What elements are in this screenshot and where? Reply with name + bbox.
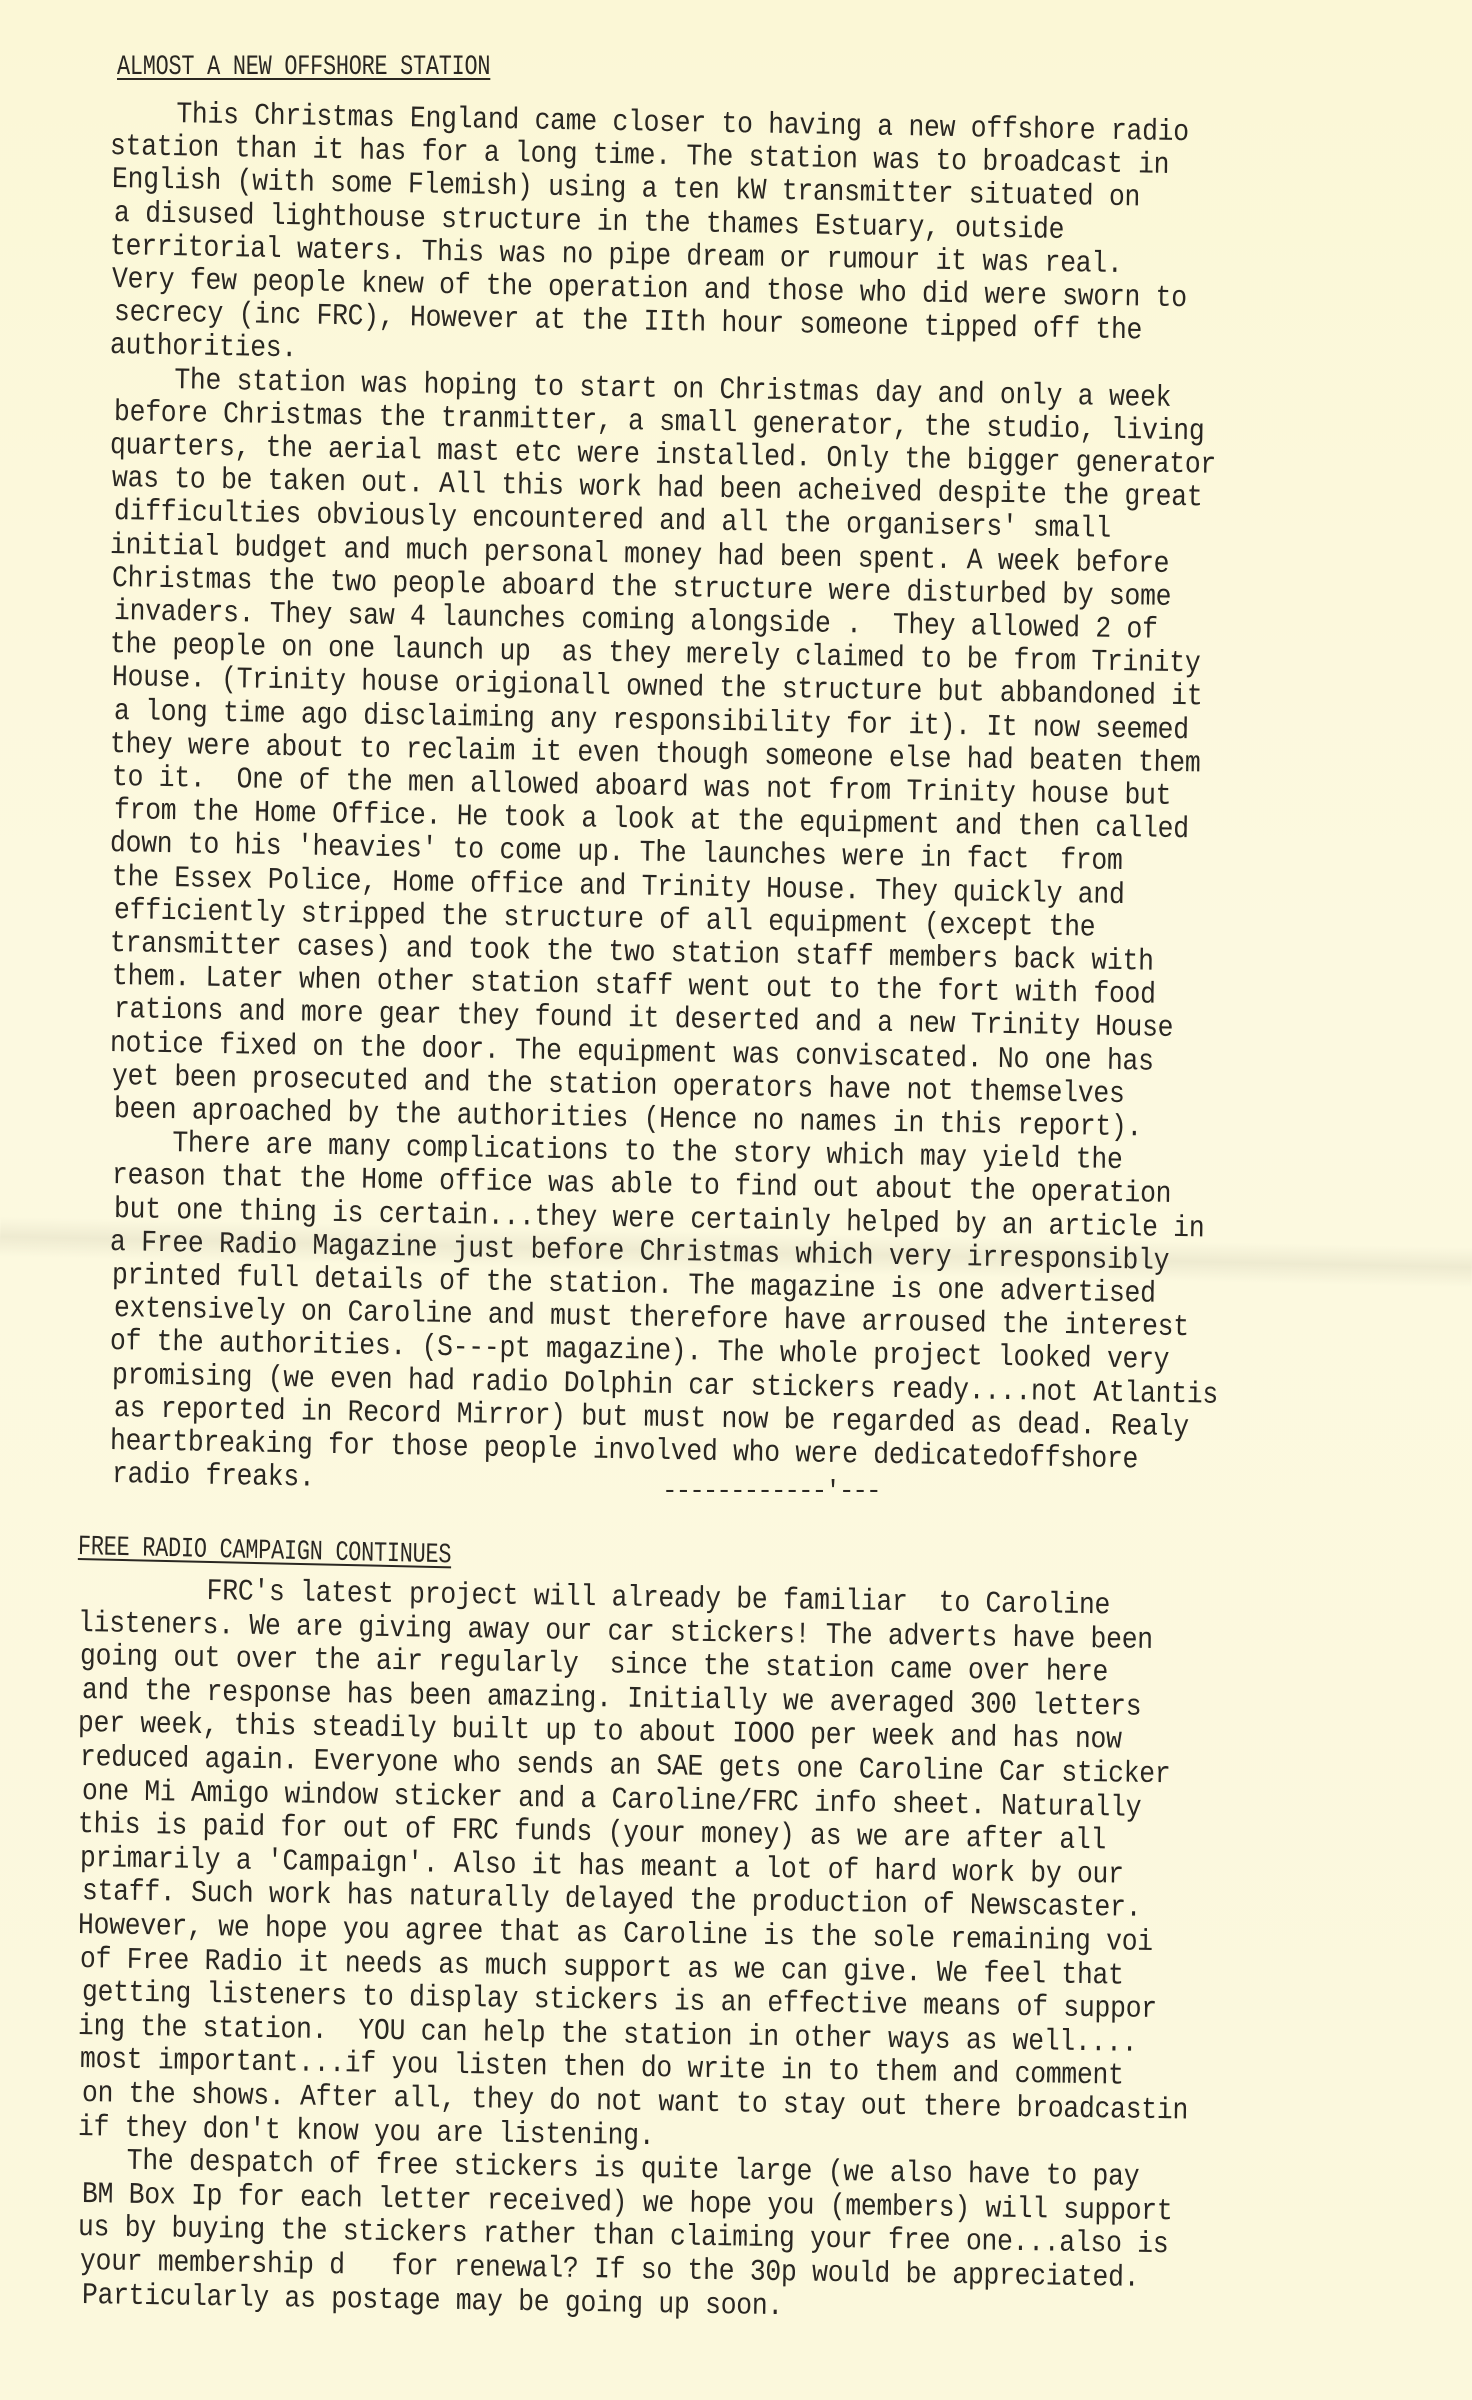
typewritten-page: ALMOST A NEW OFFSHORE STATION This Chris… xyxy=(0,0,1472,2400)
text-line: authorities. xyxy=(110,330,297,366)
section-heading-offshore-station: ALMOST A NEW OFFSHORE STATION xyxy=(117,52,490,83)
section-divider: ------------'--- xyxy=(662,1476,880,1506)
text-line: radio freaks. xyxy=(112,1459,315,1496)
section-heading-free-radio-campaign: FREE RADIO CAMPAIGN CONTINUES xyxy=(78,1532,452,1571)
